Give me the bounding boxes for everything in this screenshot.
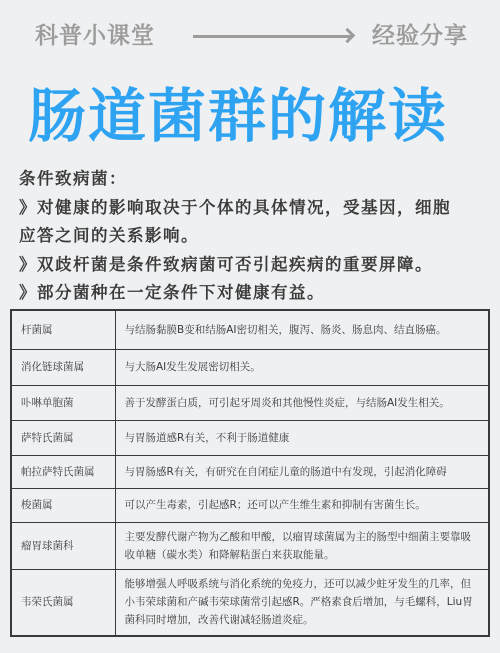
bacteria-description: 与胃肠道感R有关，不利于肠道健康: [115, 420, 489, 455]
section-label-science-class: 科普小课堂: [35, 22, 155, 50]
bacteria-name: 瘤胃球菌科: [11, 522, 115, 569]
intro-section: 条件致病菌： 》对健康的影响取决于个体的具体情况，受基因，细胞 应答之间的关系影…: [19, 165, 494, 308]
page-title: 肠道菌群的解读: [28, 80, 478, 152]
intro-line: 》双歧杆菌是条件致病菌可否引起疾病的重要屏障。: [19, 251, 494, 280]
bacteria-description: 能够增强人呼吸系统与消化系统的免疫力，还可以减少蛀牙发生的几率，但小韦荣球菌和产…: [115, 569, 489, 636]
table-row: 梭菌属 可以产生毒素，引起感R；还可以产生维生素和抑制有害菌生长。: [11, 488, 489, 522]
bacteria-name: 梭菌属: [11, 488, 115, 522]
table-row: 消化链球菌属 与大肠AI发生发展密切相关。: [11, 349, 489, 385]
bacteria-name: 帕拉萨特氏菌属: [11, 455, 115, 488]
table-row: 瘤胃球菌科 主要发酵代谢产物为乙酸和甲酸，以瘤胃球菌属为主的肠型中细菌主要靠吸收…: [11, 522, 489, 569]
bacteria-description: 与胃肠感R有关，有研究在自闭症儿童的肠道中有发现，引起消化障碍: [115, 455, 489, 488]
arrow-head-icon: [340, 28, 356, 44]
bacteria-description: 与结肠黏膜B变和结肠AI密切相关，腹泻、肠炎、肠息肉、结直肠癌。: [115, 310, 489, 349]
bacteria-name: 卟啉单胞菌: [11, 385, 115, 420]
table-row: 萨特氏菌属 与胃肠道感R有关，不利于肠道健康: [11, 420, 489, 455]
intro-line: 应答之间的关系影响。: [19, 222, 494, 251]
intro-line: 》部分菌种在一定条件下对健康有益。: [19, 279, 494, 308]
bacteria-name: 萨特氏菌属: [11, 420, 115, 455]
intro-heading: 条件致病菌：: [19, 165, 494, 194]
bacteria-name: 韦荣氏菌属: [11, 569, 115, 636]
bacteria-description: 主要发酵代谢产物为乙酸和甲酸，以瘤胃球菌属为主的肠型中细菌主要靠吸收单糖（碳水类…: [115, 522, 489, 569]
top-banner: 科普小课堂 经验分享: [0, 0, 500, 70]
table-row: 卟啉单胞菌 善于发酵蛋白质，可引起牙周炎和其他慢性炎症，与结肠AI发生相关。: [11, 385, 489, 420]
table-row: 杆菌属 与结肠黏膜B变和结肠AI密切相关，腹泻、肠炎、肠息肉、结直肠癌。: [11, 310, 489, 349]
bacteria-description: 善于发酵蛋白质，可引起牙周炎和其他慢性炎症，与结肠AI发生相关。: [115, 385, 489, 420]
bacteria-name: 消化链球菌属: [11, 349, 115, 385]
right-arrow-icon: [193, 35, 351, 38]
table-row: 韦荣氏菌属 能够增强人呼吸系统与消化系统的免疫力，还可以减少蛀牙发生的几率，但小…: [11, 569, 489, 636]
bacteria-table: 杆菌属 与结肠黏膜B变和结肠AI密切相关，腹泻、肠炎、肠息肉、结直肠癌。 消化链…: [10, 309, 490, 637]
bacteria-description: 可以产生毒素，引起感R；还可以产生维生素和抑制有害菌生长。: [115, 488, 489, 522]
intro-line: 》对健康的影响取决于个体的具体情况，受基因，细胞: [19, 194, 494, 223]
bacteria-description: 与大肠AI发生发展密切相关。: [115, 349, 489, 385]
table-row: 帕拉萨特氏菌属 与胃肠感R有关，有研究在自闭症儿童的肠道中有发现，引起消化障碍: [11, 455, 489, 488]
bacteria-name: 杆菌属: [11, 310, 115, 349]
section-label-experience-share: 经验分享: [372, 22, 468, 50]
